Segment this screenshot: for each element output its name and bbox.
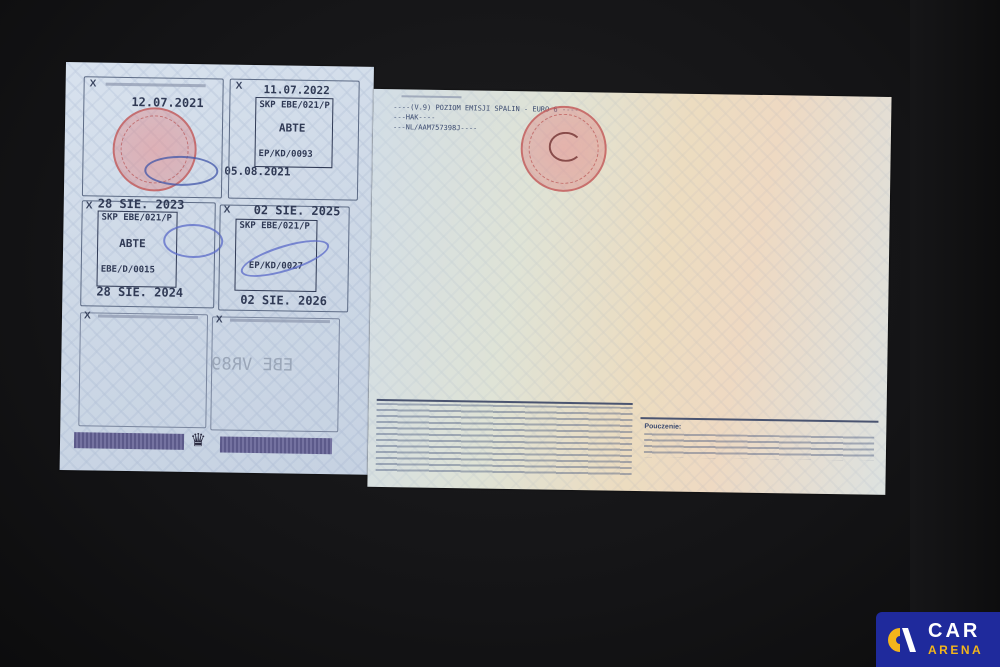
- x-mark: X: [90, 78, 97, 89]
- certificate-code: EBE/D/0015: [101, 265, 155, 276]
- registration-document: X 12.07.2021 05.08.2021 X 11.07.2022 SKP…: [59, 62, 891, 495]
- station-code: SKP EBE/021/P: [259, 100, 330, 111]
- x-mark: X: [236, 81, 243, 92]
- stamp-date: 28 SIE. 2024: [96, 285, 183, 300]
- inspector-code: ABTE: [279, 121, 306, 134]
- left-page: X 12.07.2021 05.08.2021 X 11.07.2022 SKP…: [60, 62, 374, 475]
- x-mark: X: [216, 314, 223, 325]
- logo-text-car: CAR: [928, 620, 980, 643]
- stamp-date: 02 SIE. 2026: [240, 293, 327, 308]
- car-seat-background: [910, 0, 1000, 667]
- security-band: [74, 432, 184, 450]
- station-code: SKP EBE/021/P: [101, 213, 172, 224]
- stamp-date: 12.07.2021: [131, 95, 203, 110]
- stamp-date: 02 SIE. 2025: [254, 203, 341, 218]
- x-mark: X: [224, 204, 231, 215]
- x-mark: X: [86, 200, 93, 211]
- fine-print: [376, 403, 633, 477]
- notice-text: [644, 433, 874, 461]
- certificate-code: EP/KD/0093: [258, 149, 312, 160]
- code-line: ---NL/AAM757398J----: [393, 123, 477, 132]
- inspection-cell-5: [78, 312, 208, 428]
- notice-title: Pouczenie:: [644, 423, 681, 431]
- car-arena-logo: CAR ARENA: [876, 612, 1000, 667]
- stamp-date: 28 SIE. 2023: [98, 197, 185, 212]
- station-code: SKP EBE/021/P: [239, 221, 310, 232]
- x-mark: X: [84, 310, 91, 321]
- hook-line: ---HAK----: [393, 113, 435, 122]
- right-page: ----(V.9) POZIOM EMISJI SPALIN - EURO 6 …: [367, 89, 891, 495]
- ghost-imprint: EBE VR89: [211, 354, 293, 375]
- stamp-date: 11.07.2022: [263, 83, 329, 97]
- eagle-emblem-icon: ♛: [190, 430, 206, 451]
- signature: [163, 224, 224, 259]
- car-arena-logo-icon: [886, 624, 918, 656]
- inspector-code: ABTE: [119, 237, 146, 250]
- logo-text-arena: ARENA: [928, 643, 983, 657]
- security-band: [220, 436, 332, 454]
